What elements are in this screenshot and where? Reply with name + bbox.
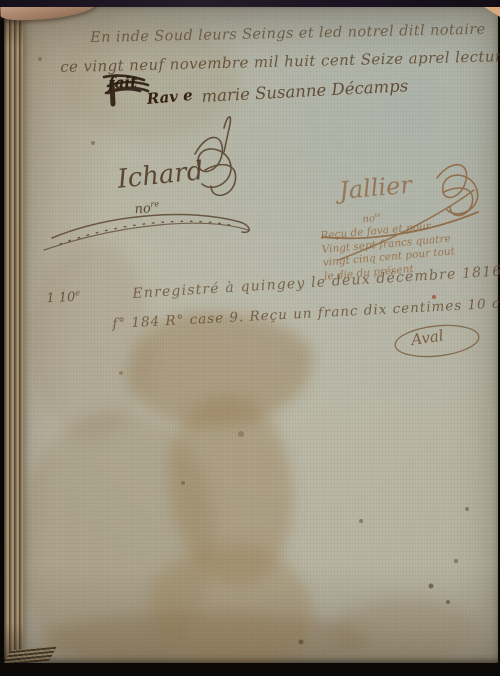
- photo-edge-top: [0, 0, 500, 7]
- book-binding-edge: [4, 9, 23, 661]
- photo-edge-bottom: [0, 663, 500, 676]
- paper-page: [7, 6, 498, 664]
- manuscript-photo: En inde Soud leurs Seings et led notrel …: [0, 0, 500, 676]
